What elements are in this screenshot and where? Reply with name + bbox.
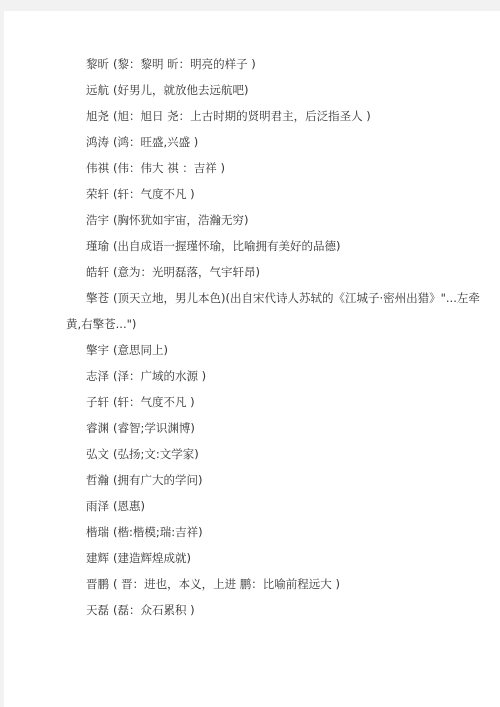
meaning-text: (伟：伟大 祺 ：吉祥 ) [113,161,225,175]
list-item: 鸿涛(鸿：旺盛,兴盛 ) [86,135,198,149]
name-text: 擎宇 [86,343,109,357]
name-text: 浩宇 [86,213,109,227]
name-text: 远航 [86,83,109,97]
name-text: 荣轩 [86,187,109,201]
list-item: 哲瀚(拥有广大的学问) [86,473,202,487]
list-item: 浩宇(胸怀犹如宇宙，浩瀚无穷) [86,213,248,227]
meaning-text: (意思同上) [113,343,168,357]
meaning-text: (好男儿，就放他去远航吧) [113,83,248,97]
meaning-text: (鸿：旺盛,兴盛 ) [113,135,198,149]
meaning-text: (拥有广大的学问) [113,473,202,487]
list-item: 雨泽(恩惠) [86,499,145,513]
list-item: 楷瑞(楷:楷模;瑞:吉祥) [86,525,203,539]
list-item: 天磊(磊：众石累积 ) [86,603,195,617]
list-item: 远航(好男儿，就放他去远航吧) [86,83,248,97]
name-text: 鸿涛 [86,135,109,149]
meaning-text: (磊：众石累积 ) [113,603,195,617]
name-text: 晋鹏 [86,577,109,591]
name-text: 瑾瑜 [86,239,109,253]
name-text: 志泽 [86,369,109,383]
name-text: 黎昕 [86,57,109,71]
list-item: 睿渊(睿智;学识渊博) [86,421,195,435]
list-item: 志泽(泽：广域的水源 ) [86,369,206,383]
name-text: 楷瑞 [86,525,109,539]
name-text: 旭尧 [86,109,109,123]
meaning-text: (轩：气度不凡 ) [113,187,195,201]
name-text: 子轩 [86,395,109,409]
list-item: 黎昕(黎：黎明 昕：明亮的样子 ) [86,57,256,71]
list-item: 荣轩(轩：气度不凡 ) [86,187,195,201]
meaning-text: (出自成语一握瑾怀瑜，比喻拥有美好的品德) [113,239,340,253]
name-text: 擎苍 [86,291,109,305]
name-text: 雨泽 [86,499,109,513]
meaning-text: ( 晋：进也，本义，上进 鹏：比喻前程远大 ) [113,577,340,591]
meaning-text: (建造辉煌成就) [113,551,191,565]
list-item: 皓轩(意为：光明磊落，气宇轩昂) [86,265,260,279]
meaning-text: (旭：旭日 尧：上古时期的贤明君主，后泛指圣人 ) [113,109,371,123]
list-item: 擎苍(顶天立地，男儿本色)(出自宋代诗人苏轼的《江城子·密州出猎》"...左牵 [86,291,480,305]
list-item: 旭尧(旭：旭日 尧：上古时期的贤明君主，后泛指圣人 ) [86,109,371,123]
name-text: 哲瀚 [86,473,109,487]
list-item: 子轩(轩：气度不凡 ) [86,395,195,409]
meaning-text: (睿智;学识渊博) [113,421,195,435]
name-text: 皓轩 [86,265,109,279]
list-item: 建辉(建造辉煌成就) [86,551,191,565]
meaning-text: (楷:楷模;瑞:吉祥) [113,525,203,539]
name-text: 建辉 [86,551,109,565]
meaning-text: (胸怀犹如宇宙，浩瀚无穷) [113,213,248,227]
list-item: 伟祺(伟：伟大 祺 ：吉祥 ) [86,161,225,175]
list-item: 擎宇(意思同上) [86,343,168,357]
meaning-text: (轩：气度不凡 ) [113,395,195,409]
meaning-text: (黎：黎明 昕：明亮的样子 ) [113,57,256,71]
meaning-text: (弘扬;文:文学家) [113,447,199,461]
list-item: 瑾瑜(出自成语一握瑾怀瑜，比喻拥有美好的品德) [86,239,340,253]
name-text: 弘文 [86,447,109,461]
meaning-text: (恩惠) [113,499,145,513]
list-item: 弘文(弘扬;文:文学家) [86,447,199,461]
name-text: 伟祺 [86,161,109,175]
list-item: 晋鹏( 晋：进也，本义，上进 鹏：比喻前程远大 ) [86,577,340,591]
meaning-text: (泽：广域的水源 ) [113,369,206,383]
list-item-continuation: 黄,右擎苍...") [66,317,136,331]
meaning-text: (意为：光明磊落，气宇轩昂) [113,265,260,279]
meaning-text: (顶天立地，男儿本色)(出自宋代诗人苏轼的《江城子·密州出猎》"...左牵 [113,291,480,305]
name-text: 天磊 [86,603,109,617]
name-text: 睿渊 [86,421,109,435]
